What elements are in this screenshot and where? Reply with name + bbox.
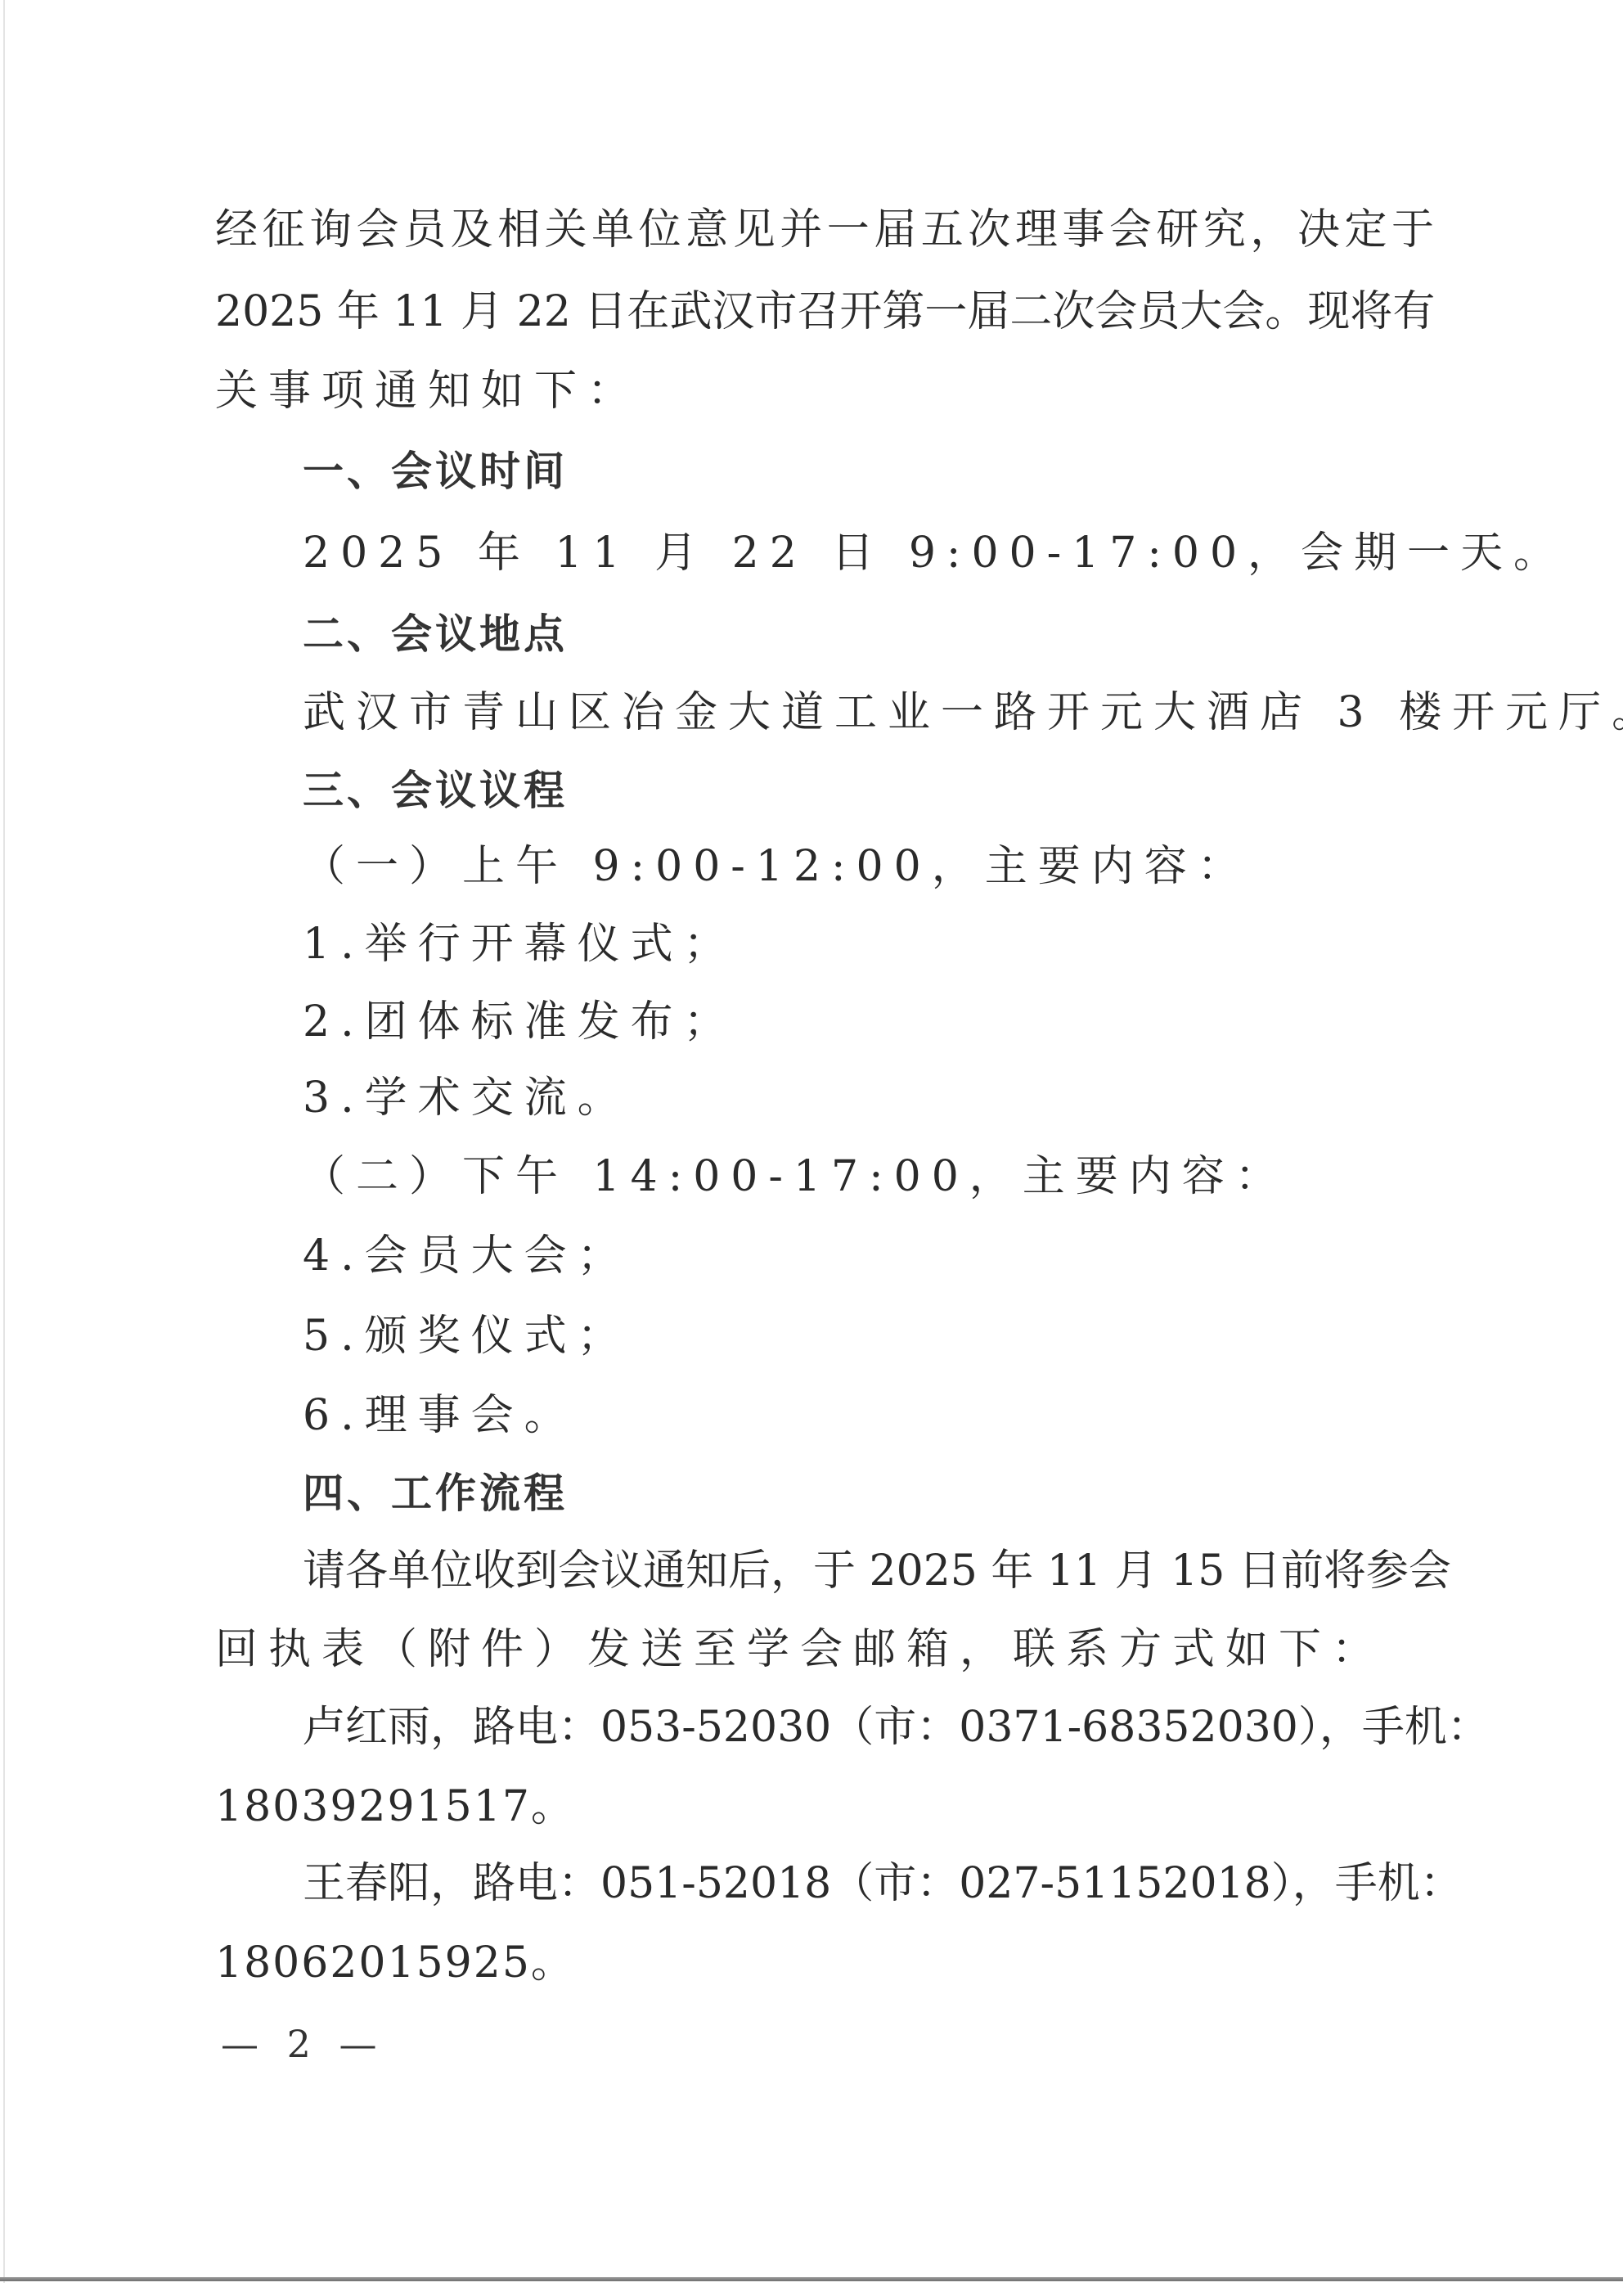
scan-left-edge [3,0,5,2283]
agenda-item: 1.举行开幕仪式； [303,905,737,984]
contact-2-mobile: 18062015925。 [215,1924,575,2002]
workflow-paragraph-line-2: 回执表（附件）发送至学会邮箱，联系方式如下： [215,1610,1385,1689]
agenda-afternoon-title: （二）下午 14:00-17:00，主要内容： [303,1137,1288,1216]
agenda-item: 3.学术交流。 [303,1059,631,1137]
section-heading-meeting-time: 一、会议时间 [303,432,568,511]
agenda-item: 2.团体标准发布； [303,983,737,1061]
workflow-paragraph-line-1: 请各单位收到会议通知后，于 2025 年 11 月 15 日前将参会 [303,1532,1434,1610]
scan-bottom-edge [0,2277,1623,2281]
meeting-time-text: 2025 年 11 月 22 日 9:00-17:00，会期一天。 [303,514,1567,592]
meeting-location-text: 武汉市青山区冶金大道工业一路开元大酒店 3 楼开元厅。 [303,673,1623,752]
intro-line-3: 关事项通知如下： [215,352,641,430]
agenda-item: 5.颁奖仪式； [303,1297,631,1375]
intro-line-1: 经征询会员及相关单位意见并一届五次理事会研究，决定于 [215,191,1434,269]
section-heading-meeting-location: 二、会议地点 [303,595,568,673]
section-heading-agenda: 三、会议议程 [303,751,568,830]
contact-1-mobile: 18039291517。 [215,1767,575,1846]
intro-line-2: 2025 年 11 月 22 日在武汉市召开第一届二次会员大会。现将有 [215,272,1434,351]
contact-2-phone-line: 王春阳，路电：051-52018（市：027-51152018），手机： [303,1844,1434,1923]
agenda-item: 4.会员大会； [303,1217,631,1295]
contact-1-phone-line: 卢红雨，路电：053-52030（市：0371-68352030），手机： [303,1688,1434,1767]
page-number: — 2 — [221,2021,385,2067]
agenda-item: 6.理事会。 [303,1376,578,1455]
section-heading-workflow: 四、工作流程 [303,1454,568,1533]
agenda-morning-title: （一）上午 9:00-12:00，主要内容： [303,827,1251,906]
